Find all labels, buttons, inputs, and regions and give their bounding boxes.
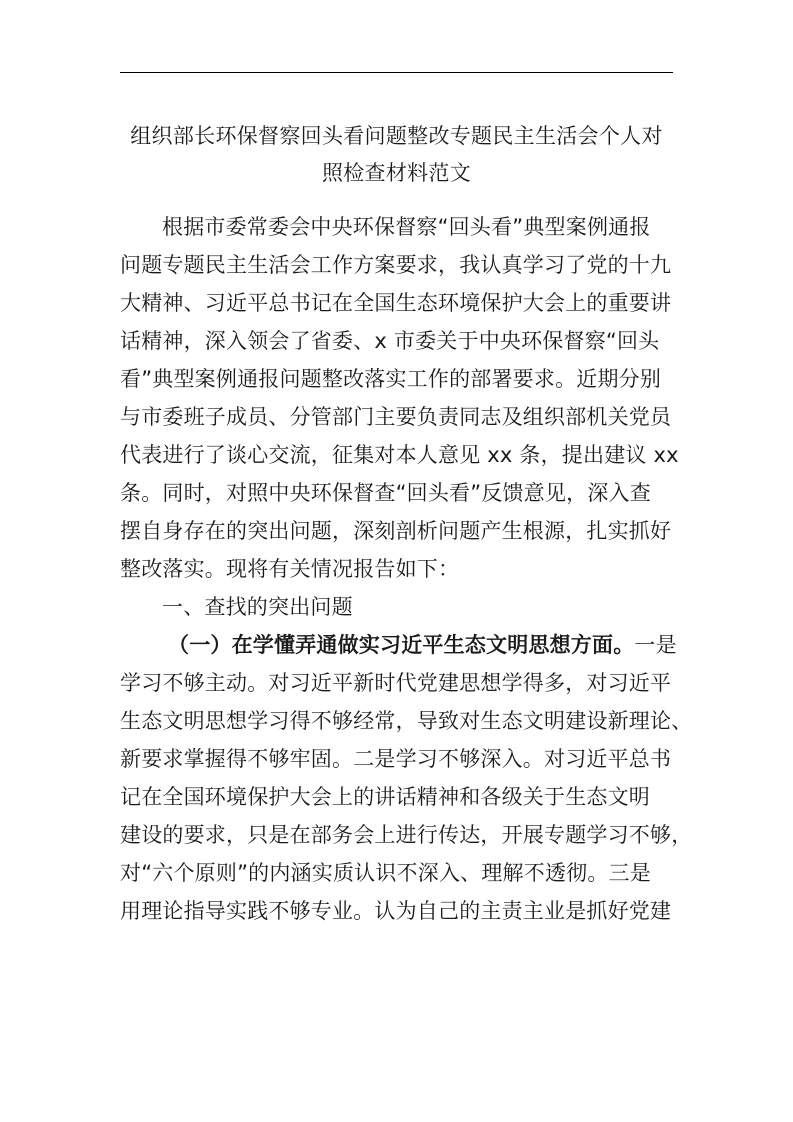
paragraph-intro: 根据市委常委会中央环保督察“回头看”典型案例通报 问题专题民主生活会工作方案要求… [120,208,680,588]
title-line-2: 照检查材料范文 [120,155,673,192]
paragraph-line: 整改落实。现将有关情况报告如下： [120,550,680,588]
paragraph-line: 记在全国环境保护大会上的讲话精神和各级关于生态文明 [120,778,680,816]
header-rule [120,72,673,73]
paragraph-line: 生态文明思想学习得不够经常，导致对生态文明建设新理论、 [120,702,680,740]
paragraph-line: 代表进行了谈心交流，征集对本人意见 xx 条，提出建议 xx [120,436,680,474]
paragraph-line: 新要求掌握得不够牢固。二是学习不够深入。对习近平总书 [120,740,680,778]
paragraph-line: 摆自身存在的突出问题，深刻剖析问题产生根源，扎实抓好 [120,512,680,550]
document-body: 根据市委常委会中央环保督察“回头看”典型案例通报 问题专题民主生活会工作方案要求… [120,208,680,930]
title-line-1: 组织部长环保督察回头看问题整改专题民主生活会个人对 [120,118,673,155]
subsection-1: （一）在学懂弄通做实习近平生态文明思想方面。一是 学习不够主动。对习近平新时代党… [120,626,680,930]
paragraph-line: 大精神、习近平总书记在全国生态环境保护大会上的重要讲 [120,284,680,322]
subsection-bold-heading: （一）在学懂弄通做实习近平生态文明思想方面。 [168,633,634,657]
document-title: 组织部长环保督察回头看问题整改专题民主生活会个人对 照检查材料范文 [120,118,673,192]
paragraph-line: 话精神，深入领会了省委、x 市委关于中央环保督察“回头 [120,322,680,360]
paragraph-line: 与市委班子成员、分管部门主要负责同志及组织部机关党员 [120,398,680,436]
paragraph-line: 建设的要求，只是在部务会上进行传达，开展专题学习不够， [120,816,680,854]
paragraph-line: 用理论指导实践不够专业。认为自己的主责主业是抓好党建 [120,892,680,930]
paragraph-line: 条。同时，对照中央环保督查“回头看”反馈意见，深入查 [120,474,680,512]
section-heading-1: 一、查找的突出问题 [120,588,680,626]
paragraph-line: 根据市委常委会中央环保督察“回头看”典型案例通报 [120,208,680,246]
paragraph-line: 学习不够主动。对习近平新时代党建思想学得多，对习近平 [120,664,680,702]
paragraph-line: 问题专题民主生活会工作方案要求，我认真学习了党的十九 [120,246,680,284]
subsection-lead-line: （一）在学懂弄通做实习近平生态文明思想方面。一是 [120,626,680,664]
paragraph-line: 看”典型案例通报问题整改落实工作的部署要求。近期分别 [120,360,680,398]
paragraph-line: 对“六个原则”的内涵实质认识不深入、理解不透彻。三是 [120,854,680,892]
subsection-lead-rest: 一是 [634,633,676,657]
